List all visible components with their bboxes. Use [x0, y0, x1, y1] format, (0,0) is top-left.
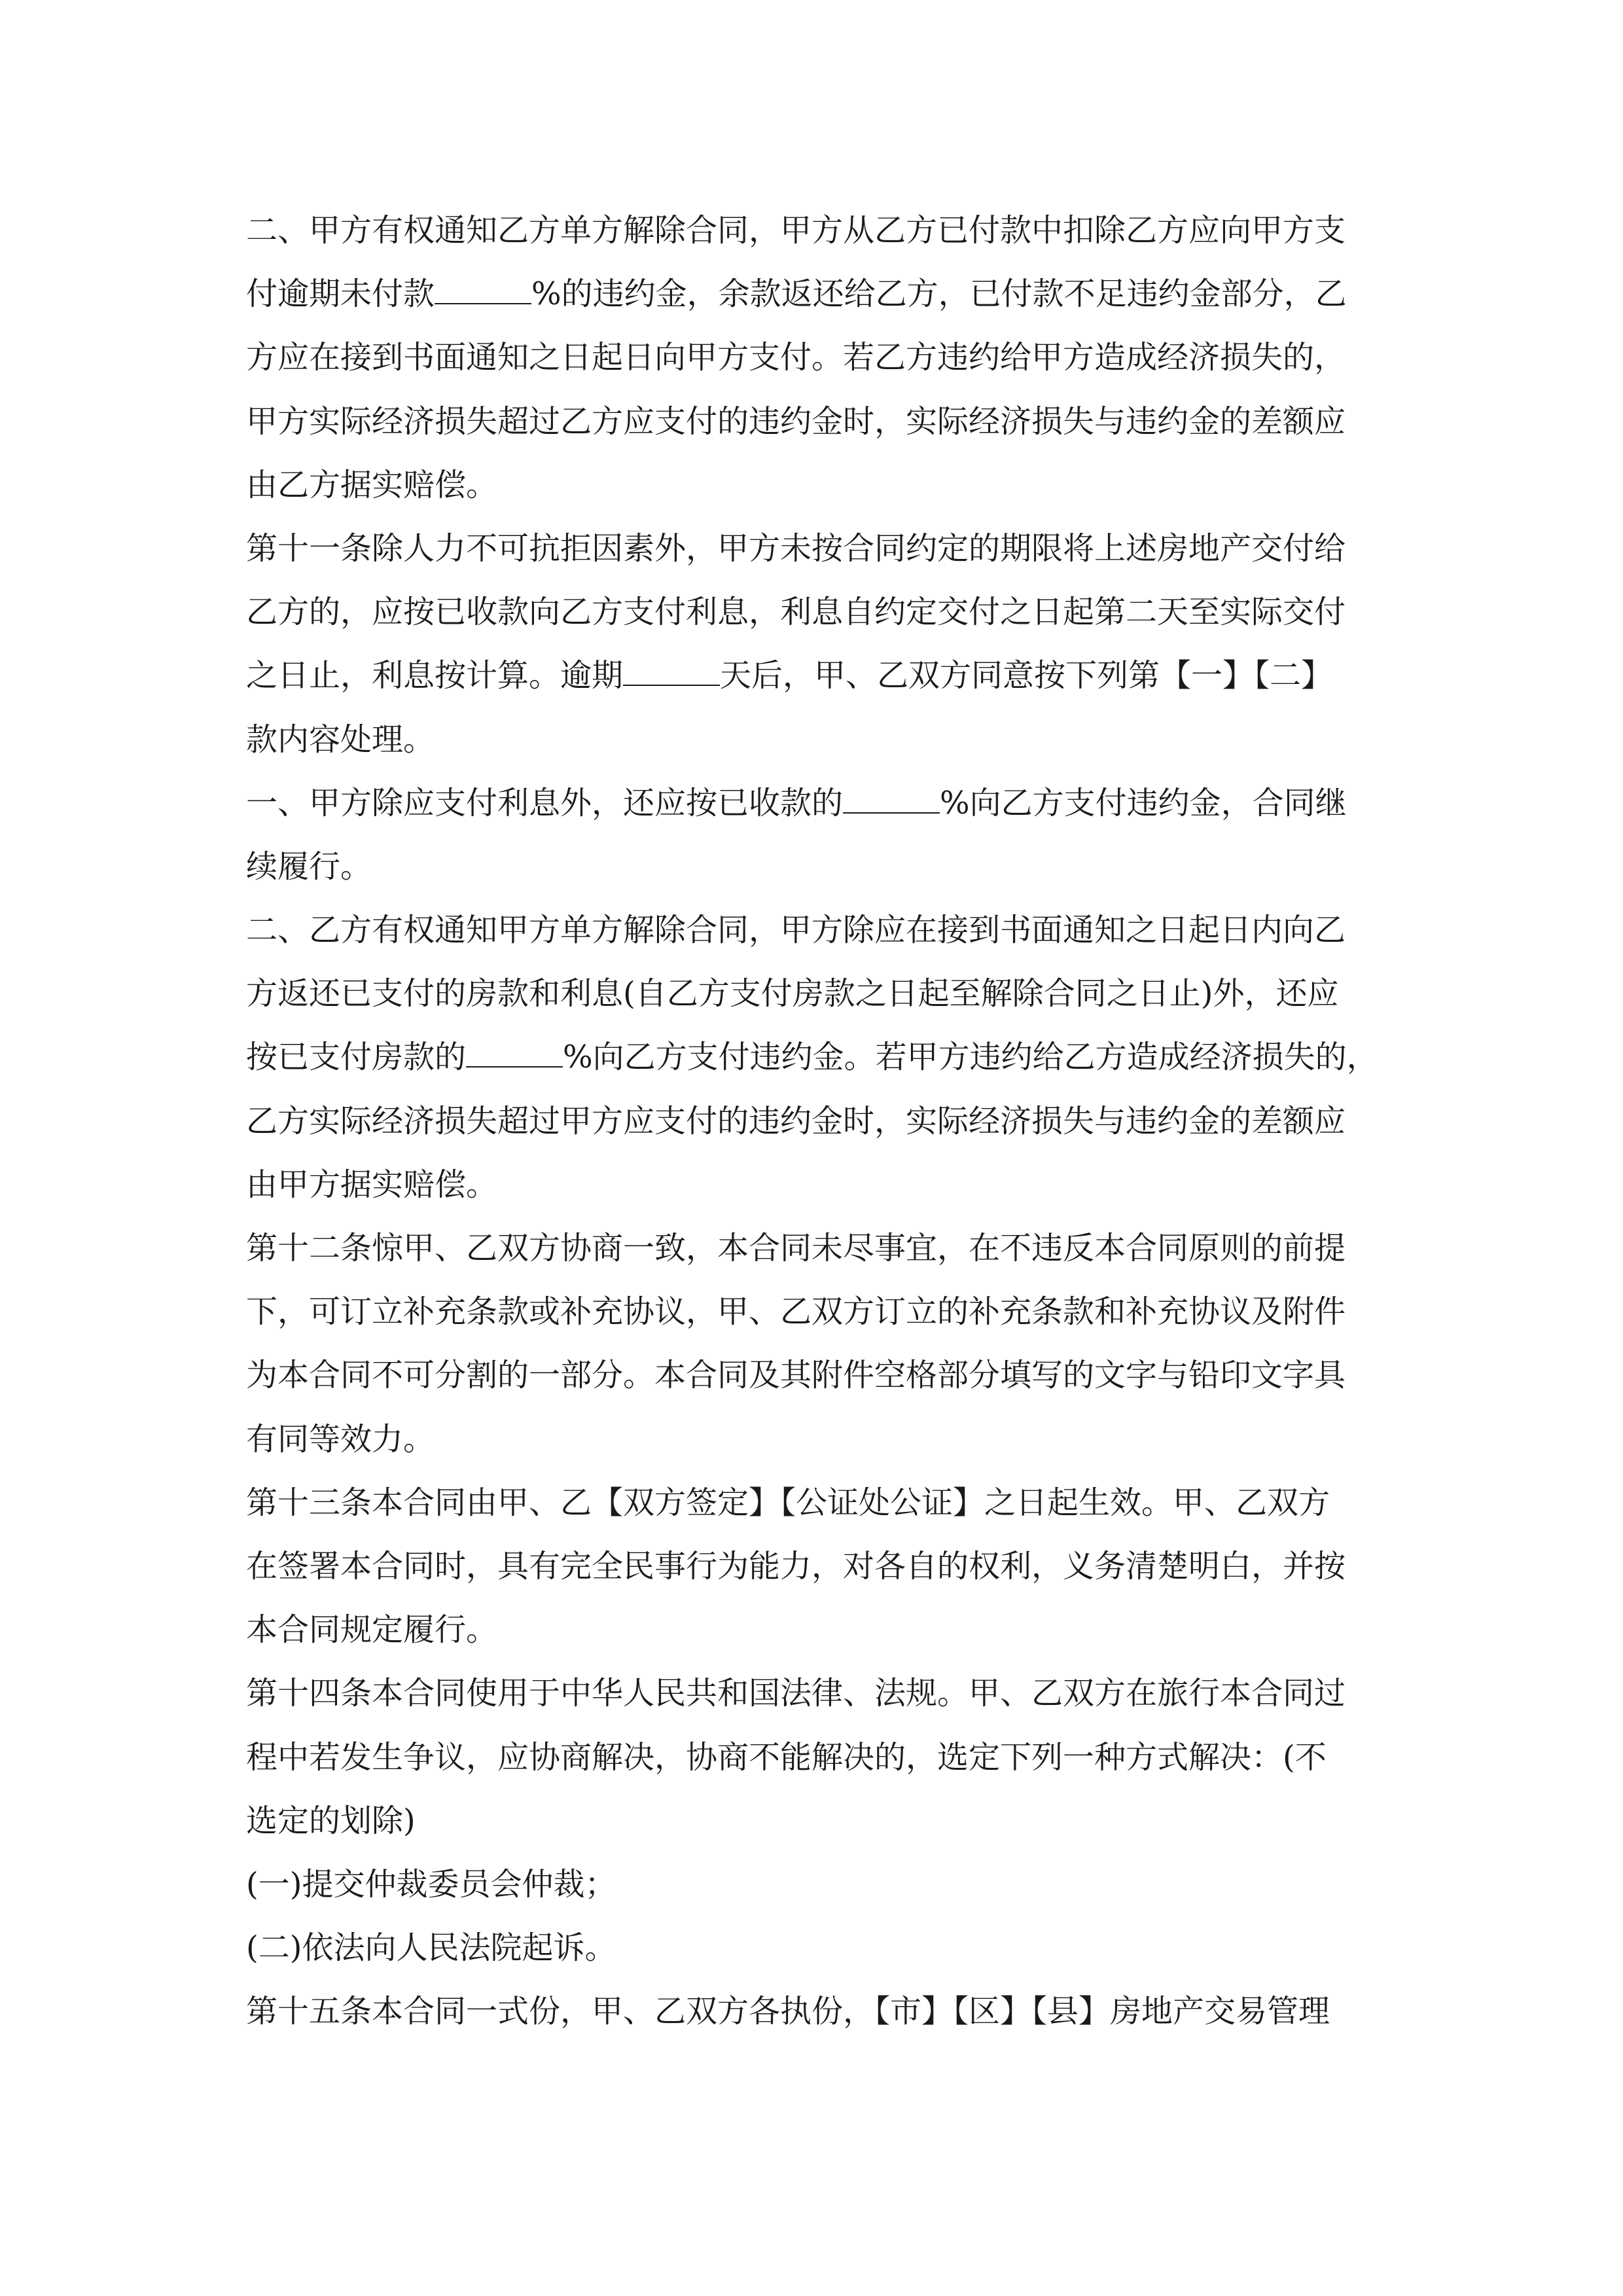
text-line: 乙方的，应按已收款向乙方支付利息，利息自约定交付之日起第二天至实际交付 — [246, 592, 1385, 656]
line-text: (一)提交仲裁委员会仲裁； — [246, 1866, 616, 1903]
text-line: 按已支付房款的%向乙方支付违约金。若甲方违约给乙方造成经济损失的， — [246, 1037, 1385, 1101]
line-text: 二、乙方有权通知甲方单方解除合同，甲方除应在接到书面通知之日起日内向乙 — [246, 912, 1346, 948]
line-text: 乙方实际经济损失超过甲方应支付的违约金时，实际经济损失与违约金的差额应 — [246, 1103, 1346, 1139]
line-text: 第十四条本合同使用于中华人民共和国法律、法规。甲、乙双方在旅行本合同过 — [246, 1675, 1346, 1712]
line-text: %的违约金，余款返还给乙方，已付款不足违约金部分，乙 — [531, 276, 1347, 312]
text-line: 由乙方据实赔偿。 — [246, 465, 1385, 529]
text-line: 第十一条除人力不可抗拒因素外，甲方未按合同约定的期限将上述房地产交付给 — [246, 529, 1385, 592]
line-text: 乙方的，应按已收款向乙方支付利息，利息自约定交付之日起第二天至实际交付 — [246, 594, 1346, 630]
text-line: 方应在接到书面通知之日起日向甲方支付。若乙方违约给甲方造成经济损失的， — [246, 338, 1385, 401]
line-text: 之日止，利息按计算。逾期 — [246, 657, 623, 694]
fill-in-blank — [623, 656, 720, 686]
line-text: 本合同规定履行。 — [246, 1611, 497, 1648]
document-page: 二、甲方有权通知乙方单方解除合同，甲方从乙方已付款中扣除乙方应向甲方支 付逾期未… — [0, 0, 1623, 2296]
line-text: (二)依法向人民法院起诉。 — [246, 1929, 616, 1966]
text-line: 选定的划除) — [246, 1801, 1385, 1865]
text-line: 有同等效力。 — [246, 1420, 1385, 1483]
text-line: 第十四条本合同使用于中华人民共和国法律、法规。甲、乙双方在旅行本合同过 — [246, 1674, 1385, 1737]
text-line: 款内容处理。 — [246, 720, 1385, 783]
text-line: 下，可订立补充条款或补充协议，甲、乙双方订立的补充条款和补充协议及附件 — [246, 1292, 1385, 1355]
line-text: 天后，甲、乙双方同意按下列第【一】【二】 — [720, 657, 1332, 694]
document-body: 二、甲方有权通知乙方单方解除合同，甲方从乙方已付款中扣除乙方应向甲方支 付逾期未… — [246, 211, 1385, 2055]
line-text: 按已支付房款的 — [246, 1039, 466, 1075]
text-line: 乙方实际经济损失超过甲方应支付的违约金时，实际经济损失与违约金的差额应 — [246, 1102, 1385, 1165]
line-text: 方应在接到书面通知之日起日向甲方支付。若乙方违约给甲方造成经济损失的， — [246, 339, 1346, 376]
line-text: 第十二条惊甲、乙双方协商一致，本合同未尽事宜，在不违反本合同原则的前提 — [246, 1230, 1346, 1266]
line-text: 第十一条除人力不可抗拒因素外，甲方未按合同约定的期限将上述房地产交付给 — [246, 530, 1346, 567]
line-text: 有同等效力。 — [246, 1421, 435, 1458]
line-text: 程中若发生争议，应协商解决，协商不能解决的，选定下列一种方式解决：(不 — [246, 1739, 1327, 1776]
text-line: 续履行。 — [246, 847, 1385, 910]
text-line: 程中若发生争议，应协商解决，协商不能解决的，选定下列一种方式解决：(不 — [246, 1738, 1385, 1801]
text-line: 甲方实际经济损失超过乙方应支付的违约金时，实际经济损失与违约金的差额应 — [246, 402, 1385, 465]
text-line: 本合同规定履行。 — [246, 1610, 1385, 1674]
line-text: %向乙方支付违约金。若甲方违约给乙方造成经济损失的， — [563, 1039, 1378, 1075]
line-text: 由乙方据实赔偿。 — [246, 467, 497, 503]
fill-in-blank — [466, 1037, 563, 1067]
line-text: 二、甲方有权通知乙方单方解除合同，甲方从乙方已付款中扣除乙方应向甲方支 — [246, 212, 1346, 249]
line-text: 第十五条本合同一式份，甲、乙双方各执份，【市】【区】【县】房地产交易管理 — [246, 1993, 1330, 2030]
text-line: 第十三条本合同由甲、乙【双方签定】【公证处公证】之日起生效。甲、乙双方 — [246, 1483, 1385, 1547]
text-line: 方返还已支付的房款和利息(自乙方支付房款之日起至解除合同之日止)外，还应 — [246, 974, 1385, 1037]
line-text: 下，可订立补充条款或补充协议，甲、乙双方订立的补充条款和补充协议及附件 — [246, 1293, 1346, 1330]
line-text: 选定的划除) — [246, 1803, 416, 1839]
text-line: 一、甲方除应支付利息外，还应按已收款的%向乙方支付违约金，合同继 — [246, 783, 1385, 847]
text-line: 第十五条本合同一式份，甲、乙双方各执份，【市】【区】【县】房地产交易管理 — [246, 1992, 1385, 2055]
line-text: 甲方实际经济损失超过乙方应支付的违约金时，实际经济损失与违约金的差额应 — [246, 403, 1346, 440]
text-line: 二、乙方有权通知甲方单方解除合同，甲方除应在接到书面通知之日起日内向乙 — [246, 910, 1385, 974]
line-text: 一、甲方除应支付利息外，还应按已收款的 — [246, 785, 843, 821]
line-text: 为本合同不可分割的一部分。本合同及其附件空格部分填写的文字与铅印文字具 — [246, 1357, 1346, 1393]
fill-in-blank — [843, 783, 940, 814]
text-line: 为本合同不可分割的一部分。本合同及其附件空格部分填写的文字与铅印文字具 — [246, 1355, 1385, 1419]
text-line: 由甲方据实赔偿。 — [246, 1165, 1385, 1229]
line-text: 第十三条本合同由甲、乙【双方签定】【公证处公证】之日起生效。甲、乙双方 — [246, 1484, 1330, 1521]
fill-in-blank — [435, 274, 531, 304]
line-text: %向乙方支付违约金，合同继 — [940, 785, 1347, 821]
text-line: (二)依法向人民法院起诉。 — [246, 1928, 1385, 1992]
line-text: 款内容处理。 — [246, 721, 435, 758]
line-text: 续履行。 — [246, 848, 372, 885]
line-text: 付逾期未付款 — [246, 276, 435, 312]
text-line: 之日止，利息按计算。逾期天后，甲、乙双方同意按下列第【一】【二】 — [246, 656, 1385, 719]
line-text: 方返还已支付的房款和利息(自乙方支付房款之日起至解除合同之日止)外，还应 — [246, 975, 1338, 1012]
text-line: 二、甲方有权通知乙方单方解除合同，甲方从乙方已付款中扣除乙方应向甲方支 — [246, 211, 1385, 274]
text-line: 第十二条惊甲、乙双方协商一致，本合同未尽事宜，在不违反本合同原则的前提 — [246, 1229, 1385, 1292]
line-text: 在签署本合同时，具有完全民事行为能力，对各自的权利，义务清楚明白，并按 — [246, 1548, 1346, 1585]
text-line: 在签署本合同时，具有完全民事行为能力，对各自的权利，义务清楚明白，并按 — [246, 1547, 1385, 1610]
line-text: 由甲方据实赔偿。 — [246, 1166, 497, 1203]
text-line: 付逾期未付款%的违约金，余款返还给乙方，已付款不足违约金部分，乙 — [246, 274, 1385, 338]
text-line: (一)提交仲裁委员会仲裁； — [246, 1865, 1385, 1928]
